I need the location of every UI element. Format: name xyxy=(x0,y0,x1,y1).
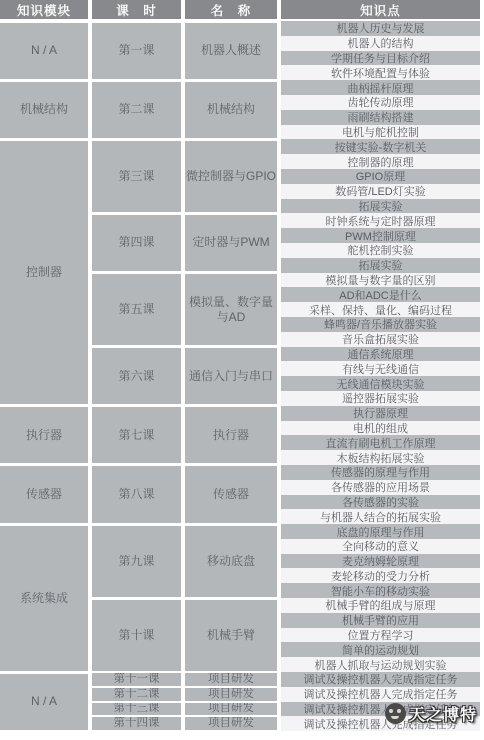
knowledge-point-cell: 调试及操控机器人完成指定任务 xyxy=(281,687,480,702)
course-name-cell: 执行器 xyxy=(185,407,277,463)
knowledge-point-cell: 位置方程学习 xyxy=(281,628,480,643)
lesson-cell: 第五课 xyxy=(92,274,181,345)
robot-face-logo-icon xyxy=(385,703,406,724)
header-knowledge-point: 知识点 xyxy=(281,0,480,21)
knowledge-point-cell: PWM控制原理 xyxy=(281,228,480,243)
course-name-cell: 项目研发 xyxy=(185,703,277,716)
lesson-cell: 第十一课 xyxy=(92,673,181,686)
knowledge-point-cell: 传感器的原理与作用 xyxy=(281,465,480,480)
knowledge-point-cell: 学期任务与目标介绍 xyxy=(281,51,480,66)
knowledge-point-cell: 数码管/LED灯实验 xyxy=(281,184,480,199)
lesson-cell: 第十二课 xyxy=(92,688,181,701)
knowledge-point-cell: 曲柄摇杆原理 xyxy=(281,80,480,95)
course-name-cell: 微控制器与GPIO xyxy=(185,141,277,212)
course-name-cell: 机械结构 xyxy=(185,82,277,138)
knowledge-point-cell: 无线通信模块实验 xyxy=(281,376,480,391)
lesson-cell: 第十课 xyxy=(92,600,181,671)
module-cell: N / A xyxy=(0,674,88,730)
header-knowledge-module: 知识模块 xyxy=(0,0,88,21)
curriculum-table: 知识模块 课 时 名 称 知识点 N / A第一课机器人概述机器人历史与发展机器… xyxy=(0,0,484,740)
lesson-cell: 第八课 xyxy=(92,466,181,522)
knowledge-point-cell: 执行器原理 xyxy=(281,406,480,421)
module-cell: 系统集成 xyxy=(0,526,88,671)
knowledge-point-cell: 按键实验-数字机关 xyxy=(281,139,480,154)
lesson-cell: 第四课 xyxy=(92,215,181,271)
course-name-cell: 传感器 xyxy=(185,466,277,522)
knowledge-point-cell: 雨刷结构搭建 xyxy=(281,110,480,125)
knowledge-point-cell: 全向移动的意义 xyxy=(281,539,480,554)
header-lesson: 课 时 xyxy=(92,0,181,21)
watermark: 天之博特 xyxy=(385,702,477,725)
lesson-cell: 第六课 xyxy=(92,348,181,404)
lesson-cell: 第三课 xyxy=(92,141,181,212)
lesson-cell: 第一课 xyxy=(92,23,181,79)
course-name-cell: 项目研发 xyxy=(185,673,277,686)
knowledge-point-cell: 拓展实验 xyxy=(281,258,480,273)
knowledge-point-cell: 各传感器的应用场景 xyxy=(281,480,480,495)
watermark-text: 天之博特 xyxy=(409,702,477,725)
module-cell: 执行器 xyxy=(0,407,88,463)
course-name-cell: 机器人概述 xyxy=(185,23,277,79)
lesson-cell: 第十三课 xyxy=(92,703,181,716)
course-name-cell: 机械手臂 xyxy=(185,600,277,671)
knowledge-point-cell: 与机器人结合的拓展实验 xyxy=(281,509,480,524)
knowledge-point-cell: 蜂鸣器/音乐播放器实验 xyxy=(281,317,480,332)
knowledge-point-cell: 智能小车的移动实验 xyxy=(281,583,480,598)
knowledge-point-cell: 机器人历史与发展 xyxy=(281,21,480,36)
lesson-cell: 第九课 xyxy=(92,526,181,597)
knowledge-point-cell: 直流有刷电机工作原理 xyxy=(281,435,480,450)
lesson-cell: 第二课 xyxy=(92,82,181,138)
header-name: 名 称 xyxy=(185,0,277,21)
lesson-cell: 第七课 xyxy=(92,407,181,463)
lesson-cell: 第十四课 xyxy=(92,717,181,730)
knowledge-point-cell: AD和ADC是什么 xyxy=(281,287,480,302)
course-name-cell: 移动底盘 xyxy=(185,526,277,597)
knowledge-point-cell: 电机的组成 xyxy=(281,421,480,436)
knowledge-point-cell: 时钟系统与定时器原理 xyxy=(281,213,480,228)
knowledge-point-cell: 软件环境配置与体验 xyxy=(281,65,480,80)
knowledge-point-cell: 通信系统原理 xyxy=(281,347,480,362)
course-name-cell: 定时器与PWM xyxy=(185,215,277,271)
knowledge-point-cell: 机械手臂的应用 xyxy=(281,613,480,628)
knowledge-point-cell: 齿轮传动原理 xyxy=(281,95,480,110)
knowledge-point-cell: 麦克纳姆轮原理 xyxy=(281,554,480,569)
course-name-cell: 模拟量、数字量与AD xyxy=(185,274,277,345)
knowledge-point-cell: 音乐盒拓展实验 xyxy=(281,332,480,347)
curriculum-page: 知识模块 课 时 名 称 知识点 N / A第一课机器人概述机器人历史与发展机器… xyxy=(0,0,484,740)
knowledge-point-cell: 麦轮移动的受力分析 xyxy=(281,568,480,583)
knowledge-point-cell: 简单的运动规划 xyxy=(281,642,480,657)
course-name-cell: 项目研发 xyxy=(185,717,277,730)
knowledge-point-cell: 各传感器的实验 xyxy=(281,495,480,510)
knowledge-point-cell: 舵机控制实验 xyxy=(281,243,480,258)
course-name-cell: 项目研发 xyxy=(185,688,277,701)
knowledge-point-cell: 木板结构拓展实验 xyxy=(281,450,480,465)
knowledge-point-cell: 控制器的原理 xyxy=(281,154,480,169)
knowledge-point-cell: 机器人的结构 xyxy=(281,36,480,51)
module-cell: 控制器 xyxy=(0,141,88,404)
knowledge-point-cell: 调试及操控机器人完成指定任务 xyxy=(281,672,480,687)
module-cell: 传感器 xyxy=(0,466,88,522)
knowledge-point-cell: 电机与舵机控制 xyxy=(281,125,480,140)
knowledge-point-cell: 机械手臂的组成与原理 xyxy=(281,598,480,613)
knowledge-point-cell: 采样、保持、量化、编码过程 xyxy=(281,302,480,317)
knowledge-point-cell: 底盘的原理与作用 xyxy=(281,524,480,539)
knowledge-point-cell: GPIO原理 xyxy=(281,169,480,184)
knowledge-point-cell: 遥控器拓展实验 xyxy=(281,391,480,406)
knowledge-point-cell: 模拟量与数字量的区别 xyxy=(281,273,480,288)
module-cell: N / A xyxy=(0,23,88,79)
knowledge-point-cell: 机器人抓取与运动规划实验 xyxy=(281,657,480,672)
knowledge-point-cell: 有线与无线通信 xyxy=(281,361,480,376)
module-cell: 机械结构 xyxy=(0,82,88,138)
course-name-cell: 通信入门与串口 xyxy=(185,348,277,404)
knowledge-point-cell: 拓展实验 xyxy=(281,199,480,214)
